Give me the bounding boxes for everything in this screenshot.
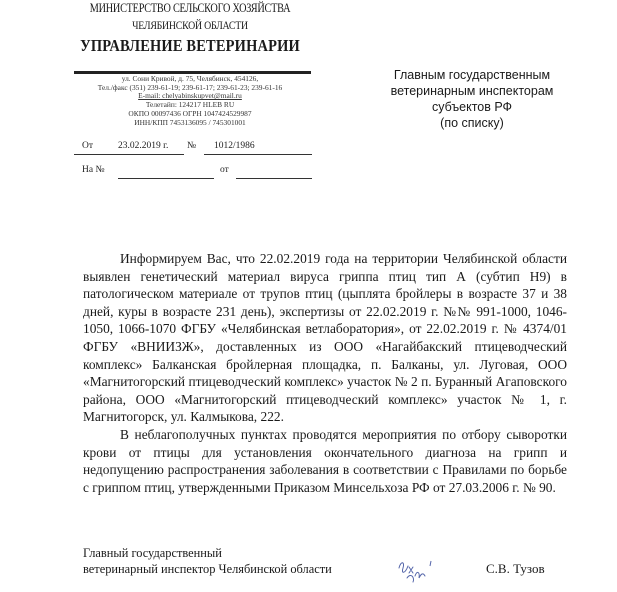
body-paragraph-measures: В неблагополучных пунктах проводятся мер… (83, 426, 567, 496)
reply-number-label: На № (82, 165, 105, 175)
letter-body: Информируем Вас, что 22.02.2019 года на … (83, 250, 567, 496)
handwritten-signature-icon (395, 556, 445, 590)
department-name: УПРАВЛЕНИЕ ВЕТЕРИНАРИИ (80, 36, 301, 56)
signatory-title: Главный государственный ветеринарный инс… (83, 546, 332, 577)
reply-from-label: от (220, 165, 229, 175)
outgoing-date: 23.02.2019 г. (118, 141, 168, 151)
body-paragraph-outbreak: Информируем Вас, что 22.02.2019 года на … (83, 250, 567, 426)
addressee-line: субъектов РФ (372, 99, 572, 115)
incoming-reference: На № от (74, 165, 314, 179)
outgoing-number: 1012/1986 (214, 141, 255, 151)
region-name: ЧЕЛЯБИНСКОЙ ОБЛАСТИ (83, 18, 296, 32)
signatory-title-line: ветеринарный инспектор Челябинской облас… (83, 562, 332, 578)
signatory-name: С.В. Тузов (486, 561, 545, 577)
addressee-line: (по списку) (372, 115, 572, 131)
number-label: № (187, 141, 196, 151)
from-label: От (82, 141, 93, 151)
number-underline (204, 154, 312, 155)
outgoing-registration: От 23.02.2019 г. № 1012/1986 (74, 141, 314, 155)
signatory-title-line: Главный государственный (83, 546, 332, 562)
addressee-line: ветеринарным инспекторам (372, 83, 572, 99)
ministry-name: МИНИСТЕРСТВО СЕЛЬСКОГО ХОЗЯЙСТВА (83, 1, 296, 16)
inn-kpp-line: ИНН/КПП 7453136095 / 745301001 (70, 119, 310, 128)
addressee-block: Главным государственным ветеринарным инс… (372, 67, 572, 131)
reply-number-underline (118, 178, 214, 179)
date-underline (74, 154, 184, 155)
addressee-line: Главным государственным (372, 67, 572, 83)
letterhead-contacts: ул. Сони Кривой, д. 75, Челябинск, 45412… (70, 75, 310, 127)
reply-date-underline (236, 178, 312, 179)
